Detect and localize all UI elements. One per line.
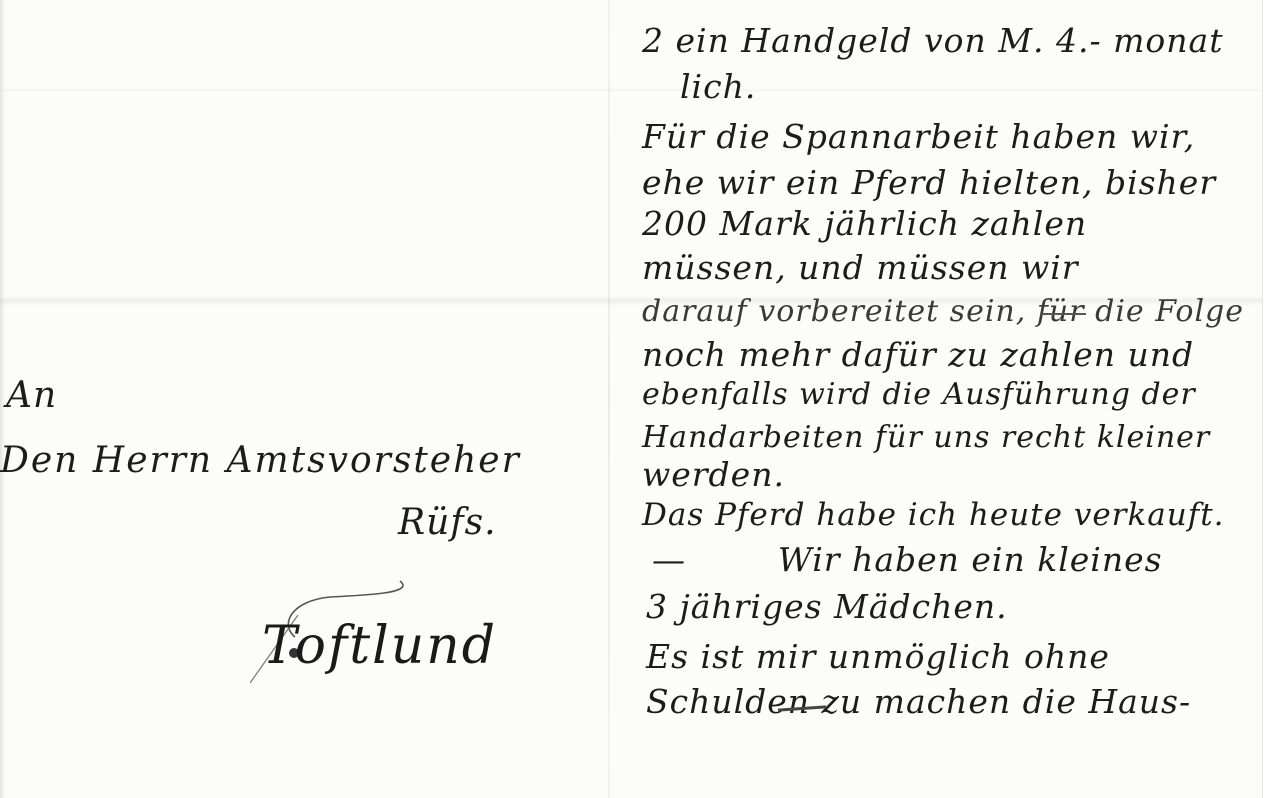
- body-line-11: werden.: [642, 458, 785, 491]
- body-line-1: 2 ein Handgeld von M. 4.- monat: [642, 24, 1223, 57]
- page-edge-right: [1262, 0, 1280, 798]
- body-line-3: Für die Spannarbeit haben wir,: [642, 120, 1195, 153]
- body-line-13: — Wir haben ein kleines: [652, 543, 1163, 576]
- body-line-14: 3 jähriges Mädchen.: [646, 590, 1008, 623]
- strikethrough-mark: [1040, 313, 1086, 315]
- paper-crease-top: [0, 88, 1265, 92]
- body-line-8: noch mehr dafür zu zahlen und: [642, 338, 1194, 371]
- body-line-5: 200 Mark jährlich zahlen: [642, 207, 1087, 240]
- body-line-9: ebenfalls wird die Ausführung der: [642, 380, 1196, 410]
- paper-fold-vertical: [608, 0, 610, 798]
- body-line-16: Schulden zu machen die Haus-: [646, 685, 1191, 718]
- body-line-12: Das Pferd habe ich heute verkauft.: [642, 500, 1225, 531]
- address-salutation: An: [6, 378, 57, 414]
- body-line-4: ehe wir ein Pferd hielten, bisher: [642, 166, 1216, 199]
- body-line-6: müssen, und müssen wir: [642, 251, 1079, 284]
- body-line-7: darauf vorbereitet sein, für die Folge: [642, 297, 1244, 327]
- address-recipient: Den Herrn Amtsvorsteher: [0, 443, 521, 479]
- body-line-15: Es ist mir unmöglich ohne: [646, 640, 1110, 673]
- address-place: Rüfs.: [398, 505, 497, 541]
- body-line-2: lich.: [680, 70, 756, 103]
- signature: Toftlund: [262, 620, 497, 672]
- body-line-10: Handarbeiten für uns recht kleiner: [642, 423, 1210, 453]
